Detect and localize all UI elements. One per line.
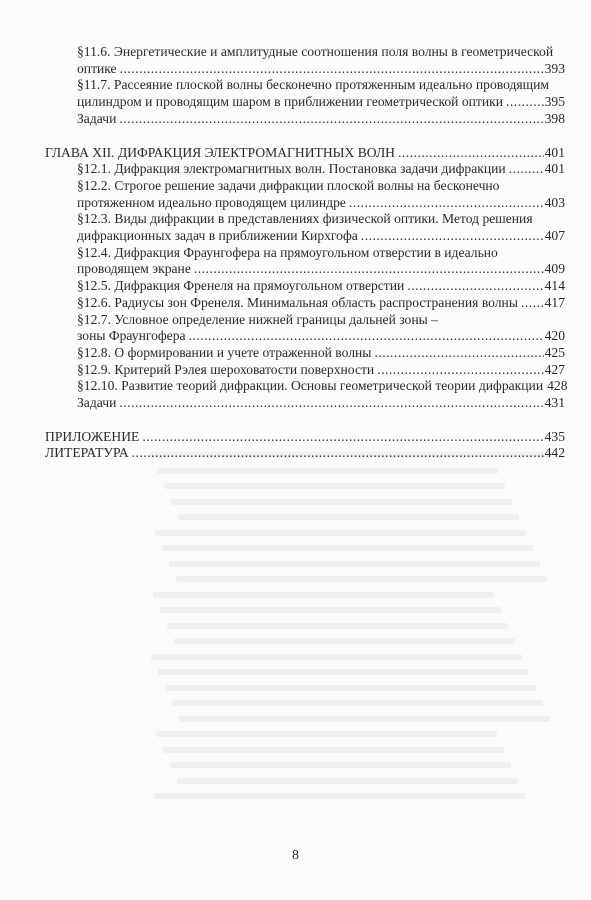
leader-dots bbox=[407, 278, 543, 295]
toc-entry-text: §12.1. Дифракция электромагнитных волн. … bbox=[77, 161, 506, 178]
toc-page-number: 431 bbox=[545, 395, 565, 412]
toc-entry-text: §12.10. Развитие теорий дифракции. Основ… bbox=[77, 378, 543, 395]
toc-entry[interactable]: §12.8. О формировании и учете отраженной… bbox=[77, 345, 565, 362]
toc-page-number: 401 bbox=[545, 145, 565, 162]
leader-dots bbox=[132, 445, 544, 462]
toc-entry[interactable]: §12.5. Дифракция Френеля на прямоугольно… bbox=[77, 278, 565, 295]
leader-dots bbox=[361, 228, 544, 245]
leader-dots bbox=[521, 295, 544, 312]
toc-entry-text: §12.5. Дифракция Френеля на прямоугольно… bbox=[77, 278, 404, 295]
leader-dots bbox=[194, 261, 544, 278]
toc-entry-text: §12.4. Дифракция Фраунгофера на прямоуго… bbox=[77, 245, 565, 262]
toc-chapter-12[interactable]: ГЛАВА XII. ДИФРАКЦИЯ ЭЛЕКТРОМАГНИТНЫХ ВО… bbox=[45, 145, 565, 162]
toc-block-chapter-11-end: §11.6. Энергетические и амплитудные соот… bbox=[45, 44, 565, 128]
toc-entry[interactable]: §12.9. Критерий Рэлея шероховатости пове… bbox=[77, 362, 565, 379]
toc-entry-text: проводящем экране bbox=[77, 261, 191, 278]
toc-entry-text: протяженном идеально проводящем цилиндре bbox=[77, 195, 346, 212]
toc-entry-text: §12.7. Условное определение нижней грани… bbox=[77, 312, 565, 329]
toc-entry[interactable]: §11.6. Энергетические и амплитудные соот… bbox=[77, 44, 565, 77]
toc-page-number: 401 bbox=[545, 161, 565, 178]
toc-entry[interactable]: §12.10. Развитие теорий дифракции. Основ… bbox=[77, 378, 565, 395]
toc-entry-text: Задачи bbox=[77, 395, 116, 412]
toc-page-number: 427 bbox=[545, 362, 565, 379]
toc-page-number: 417 bbox=[545, 295, 565, 312]
toc-entry[interactable]: §12.4. Дифракция Фраунгофера на прямоуго… bbox=[77, 245, 565, 278]
toc-page-number: 409 bbox=[545, 261, 565, 278]
leader-dots bbox=[120, 61, 544, 78]
toc-entry[interactable]: §11.7. Рассеяние плоской волны бесконечн… bbox=[77, 77, 565, 110]
toc-entry-text: Задачи bbox=[77, 111, 116, 128]
toc-entry-text: §12.8. О формировании и учете отраженной… bbox=[77, 345, 371, 362]
toc-entry[interactable]: §12.6. Радиусы зон Френеля. Минимальная … bbox=[77, 295, 565, 312]
toc-entry-text: §12.9. Критерий Рэлея шероховатости пове… bbox=[77, 362, 374, 379]
leader-dots bbox=[349, 195, 544, 212]
toc-block-chapter-12: §12.1. Дифракция электромагнитных волн. … bbox=[45, 161, 565, 412]
leader-dots bbox=[377, 362, 543, 379]
toc-page-number: 420 bbox=[545, 328, 565, 345]
toc-entry-text: цилиндром и проводящим шаром в приближен… bbox=[77, 94, 503, 111]
toc-entry-text: оптике bbox=[77, 61, 117, 78]
toc-entry[interactable]: §12.1. Дифракция электромагнитных волн. … bbox=[77, 161, 565, 178]
toc-appendix-title: ПРИЛОЖЕНИЕ bbox=[45, 429, 139, 446]
toc-page-number: 428 bbox=[547, 378, 567, 395]
toc-entry-text: §11.6. Энергетические и амплитудные соот… bbox=[77, 44, 565, 61]
toc-entry[interactable]: Задачи 398 bbox=[77, 111, 565, 128]
page-number: 8 bbox=[0, 848, 591, 864]
leader-dots bbox=[374, 345, 543, 362]
leader-dots bbox=[142, 429, 543, 446]
leader-dots bbox=[509, 161, 544, 178]
toc-entry[interactable]: Задачи 431 bbox=[77, 395, 565, 412]
toc-entry[interactable]: §12.2. Строгое решение задачи дифракции … bbox=[77, 178, 565, 211]
toc-literature[interactable]: ЛИТЕРАТУРА 442 bbox=[45, 445, 565, 462]
toc-page-number: 442 bbox=[545, 445, 565, 462]
toc-entry-text: §12.6. Радиусы зон Френеля. Минимальная … bbox=[77, 295, 518, 312]
toc-entry-text: зоны Фраунгофера bbox=[77, 328, 186, 345]
toc-page-number: 435 bbox=[545, 429, 565, 446]
toc-entry[interactable]: §12.3. Виды дифракции в представлениях ф… bbox=[77, 211, 565, 244]
leader-dots bbox=[506, 94, 544, 111]
toc-chapter-title: ГЛАВА XII. ДИФРАКЦИЯ ЭЛЕКТРОМАГНИТНЫХ ВО… bbox=[45, 145, 395, 162]
toc-page-number: 403 bbox=[545, 195, 565, 212]
toc-page-number: 414 bbox=[545, 278, 565, 295]
toc-appendix[interactable]: ПРИЛОЖЕНИЕ 435 bbox=[45, 429, 565, 446]
toc-entry[interactable]: §12.7. Условное определение нижней грани… bbox=[77, 312, 565, 345]
toc-entry-text: §12.2. Строгое решение задачи дифракции … bbox=[77, 178, 565, 195]
toc-page-number: 395 bbox=[545, 94, 565, 111]
toc-page-number: 398 bbox=[545, 111, 565, 128]
table-of-contents: §11.6. Энергетические и амплитудные соот… bbox=[45, 44, 565, 462]
toc-page-number: 407 bbox=[545, 228, 565, 245]
leader-dots bbox=[398, 145, 544, 162]
toc-literature-title: ЛИТЕРАТУРА bbox=[45, 445, 129, 462]
toc-page-number: 393 bbox=[545, 61, 565, 78]
leader-dots bbox=[119, 111, 543, 128]
leader-dots bbox=[119, 395, 543, 412]
leader-dots bbox=[189, 328, 544, 345]
toc-page-number: 425 bbox=[545, 345, 565, 362]
toc-entry-text: §11.7. Рассеяние плоской волны бесконечн… bbox=[77, 77, 565, 94]
toc-entry-text: §12.3. Виды дифракции в представлениях ф… bbox=[77, 211, 565, 228]
toc-entry-text: дифракционных задач в приближении Кирхго… bbox=[77, 228, 358, 245]
